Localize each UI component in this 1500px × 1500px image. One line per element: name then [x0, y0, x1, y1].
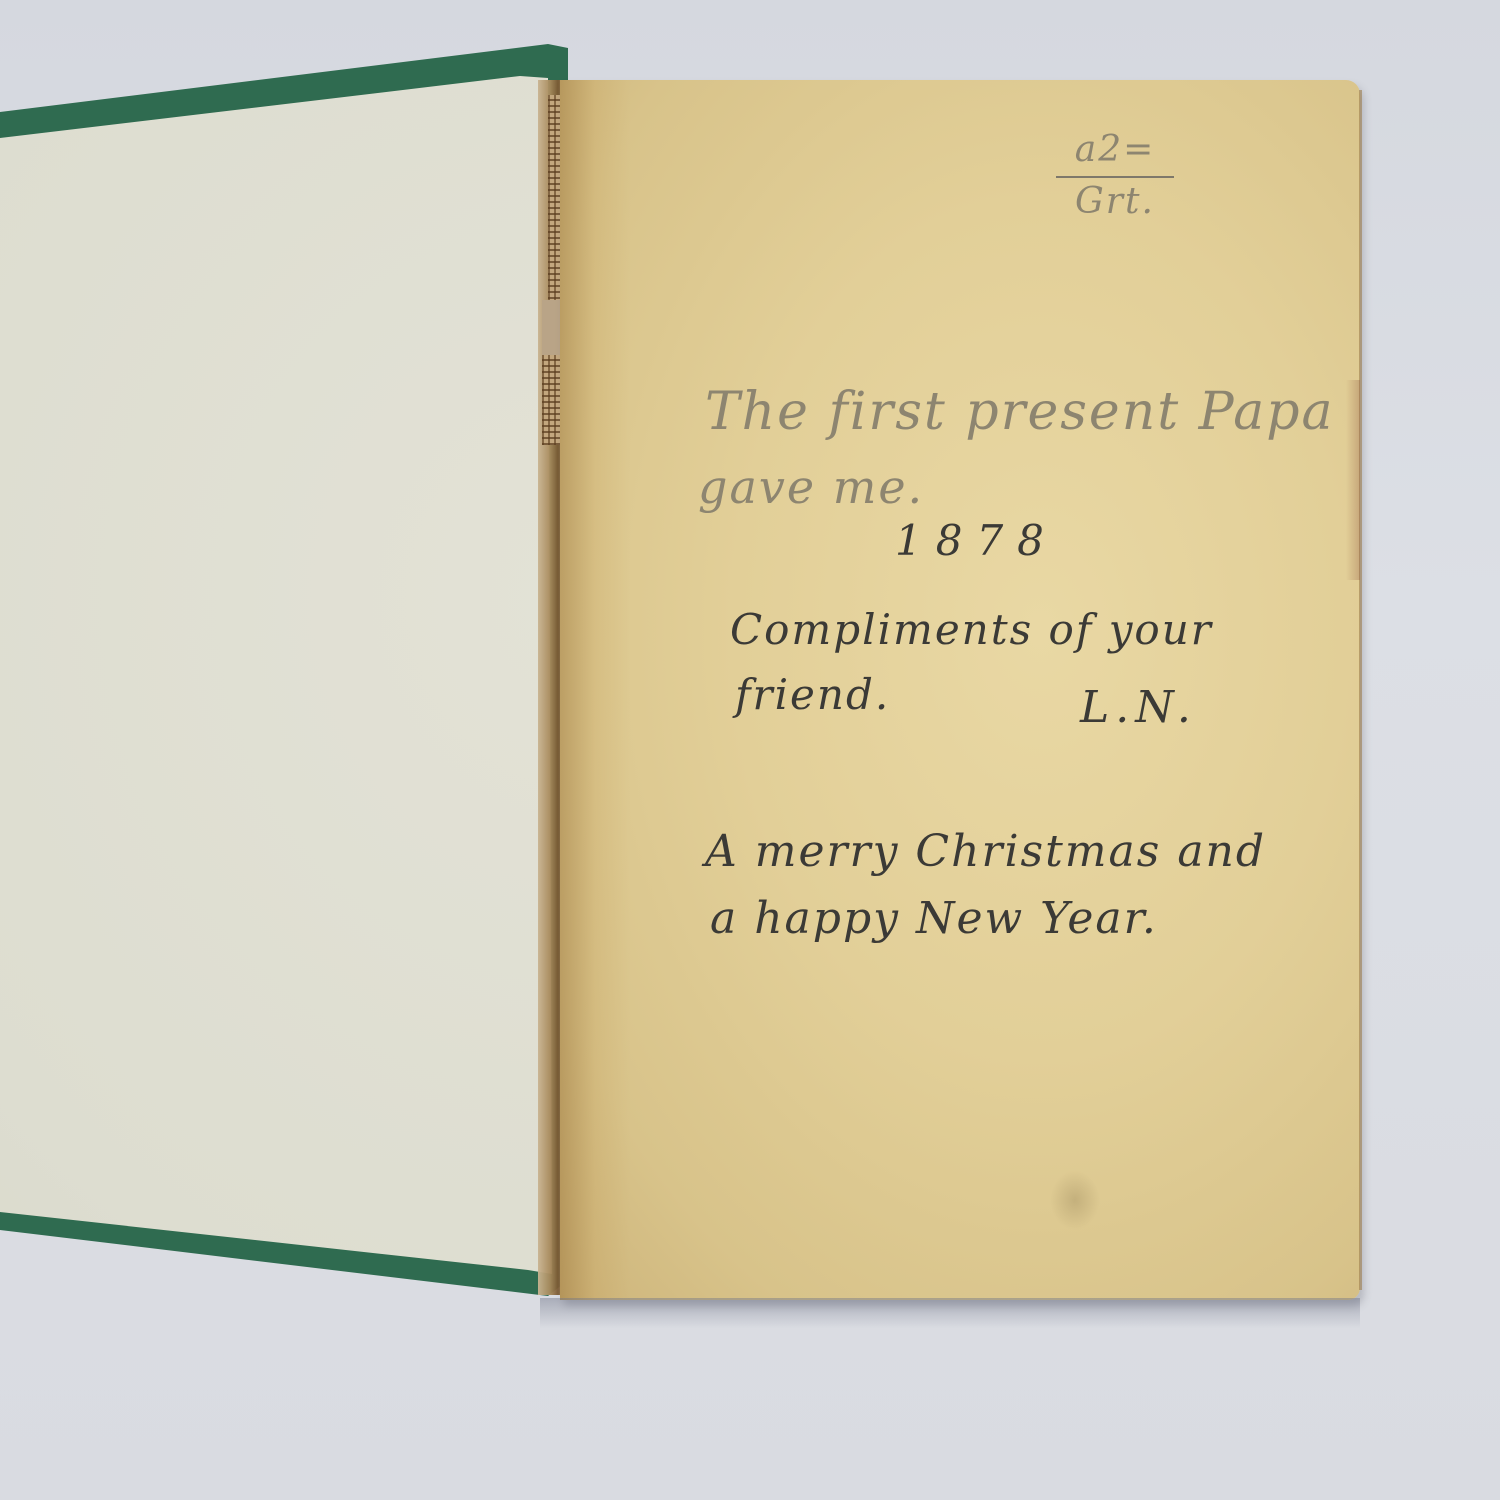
inscription-line-compliments: Compliments of your: [730, 605, 1213, 654]
page-fore-edge: [1359, 90, 1362, 1290]
inscription-line-friend: friend.: [735, 670, 890, 719]
inscription-line-first-present: The first present Papa: [705, 382, 1335, 442]
edge-stain: [1346, 380, 1360, 580]
book-shadow: [540, 1298, 1360, 1328]
inscription-line-happy-new-year: a happy New Year.: [710, 893, 1158, 944]
inscription-line-gave-me: gave me.: [698, 460, 924, 514]
flyleaf-page: [560, 80, 1360, 1300]
page-smudge: [1050, 1170, 1100, 1230]
inscription-signature: L.N.: [1080, 682, 1197, 733]
inscription-year: 1878: [895, 516, 1058, 565]
shelf-mark-top: a2=: [1050, 130, 1180, 170]
inscription-line-merry-christmas: A merry Christmas and: [705, 826, 1266, 877]
shelf-mark-rule: [1056, 176, 1174, 178]
pencil-shelf-mark: a2= Grt.: [1050, 130, 1180, 222]
book-photo: a2= Grt. The first present Papa gave me.…: [0, 0, 1500, 1500]
shelf-mark-bottom: Grt.: [1050, 182, 1180, 222]
